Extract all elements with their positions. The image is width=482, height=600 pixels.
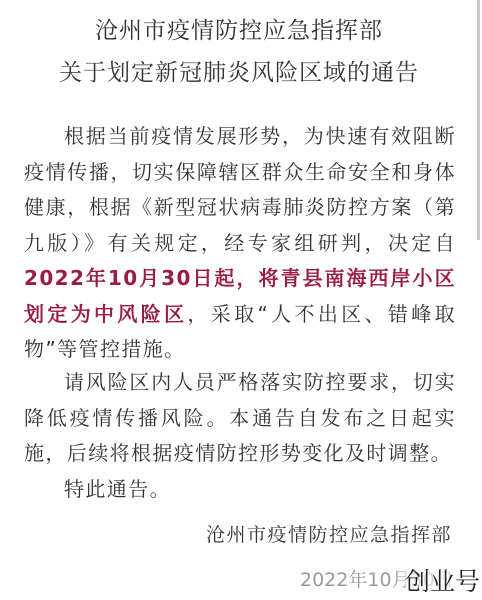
highlight-date: 2022年10月30日起 (24, 266, 236, 290)
highlight-separator: ， (236, 266, 258, 290)
notice-title-line1: 沧州市疫情防控应急指挥部 (0, 12, 478, 45)
scrollbar[interactable] (477, 0, 480, 240)
watermark-logo: 创业号 (405, 562, 480, 598)
signature: 沧州市疫情防控应急指挥部 (206, 520, 452, 547)
paragraph-requirements: 请风险区内人员严格落实防控要求，切实降低疫情传播风险。本通告自发布之日起实施，后… (24, 365, 456, 472)
paragraph-closing: 特此通告。 (24, 472, 456, 508)
paragraph-text: 根据当前疫情发展形势，为快速有效阻断疫情传播，切实保障辖区群众生命安全和身体健康… (24, 124, 456, 255)
paragraph-main: 根据当前疫情发展形势，为快速有效阻断疫情传播，切实保障辖区群众生命安全和身体健康… (24, 119, 456, 368)
notice-title-line2: 关于划定新冠肺炎风险区域的通告 (0, 54, 478, 87)
